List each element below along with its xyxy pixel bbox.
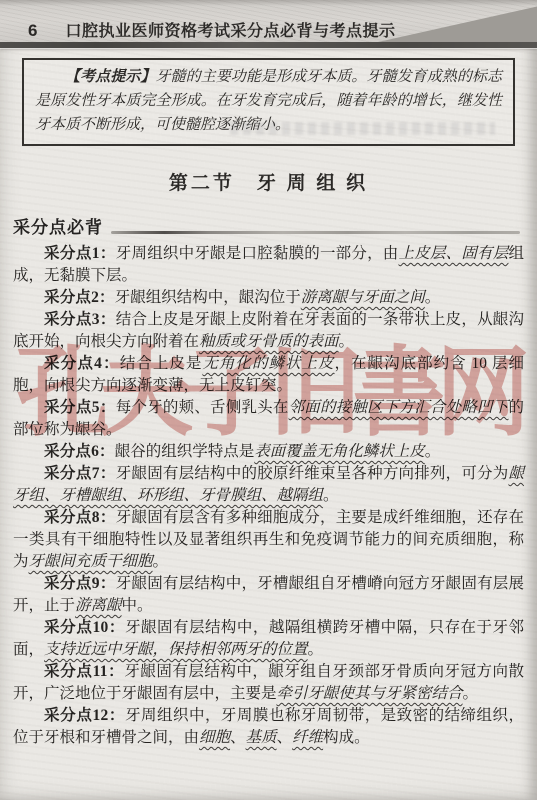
key-phrase: 牙龈间充质干细胞 [29, 553, 153, 570]
running-head: 6 口腔执业医师资格考试采分点必背与考点提示 [0, 18, 420, 41]
subheading-label: 采分点必背 [13, 213, 103, 238]
key-phrase: 邻面的接触区下方汇合处略凹下 [289, 399, 509, 416]
print-bleedthrough [230, 122, 495, 135]
key-phrase: 游离龈 [75, 597, 122, 614]
point-paragraph: 采分点1：牙周组织中牙龈是口腔黏膜的一部分，由上皮层、固有层组成，无黏膜下层。 [13, 243, 524, 287]
point-label: 采分点12： [44, 707, 125, 724]
exam-tip-box: 【考点提示】牙髓的主要功能是形成牙本质。牙髓发育成熟的标志是原发性牙本质完全形成… [22, 58, 515, 146]
point-text: 构成。 [323, 729, 370, 746]
point-text: 。 [463, 685, 479, 702]
point-text: 、 [230, 729, 246, 746]
tip-label: 【考点提示】 [65, 69, 155, 85]
point-paragraph: 采分点2：牙龈组织结构中，龈沟位于游离龈与牙面之间。 [13, 287, 524, 309]
page-header: 6 口腔执业医师资格考试采分点必背与考点提示 [0, 0, 537, 48]
point-label: 采分点8： [44, 509, 116, 526]
point-label: 采分点9： [44, 575, 116, 592]
point-text: 牙周组织中牙龈是口腔黏膜的一部分，由 [116, 245, 399, 262]
point-label: 采分点11： [44, 663, 124, 680]
point-text: 中。 [122, 597, 153, 614]
point-paragraph: 采分点12：牙周组织中，牙周膜也称牙周韧带，是致密的结缔组织，位于牙根和牙槽骨之… [13, 705, 524, 749]
key-phrase: 基质 [246, 729, 277, 746]
point-paragraph: 采分点11：牙龈固有层结构中，龈牙组自牙颈部牙骨质向牙冠方向散开，广泛地位于牙龈… [13, 661, 524, 705]
point-text: 。 [339, 333, 355, 350]
point-label: 采分点1： [44, 245, 116, 262]
key-phrase: 支持近远中牙龈，保持相邻两牙的位置 [44, 641, 308, 658]
point-label: 采分点7： [44, 465, 116, 482]
key-phrase: 上皮层、固有层 [399, 245, 509, 262]
point-text: 。 [425, 443, 441, 460]
point-label: 采分点3： [44, 311, 116, 328]
key-phrase: 纤维 [292, 729, 323, 746]
point-text: 。 [323, 487, 339, 504]
subheading-rule [111, 231, 520, 234]
point-label: 采分点4： [44, 355, 120, 372]
point-text: 。 [153, 553, 169, 570]
page-number: 6 [28, 21, 37, 41]
point-text: 每个牙的颊、舌侧乳头在 [116, 399, 289, 416]
point-paragraph: 采分点6：龈谷的组织学特点是表面覆盖无角化鳞状上皮。 [13, 441, 524, 463]
point-paragraph: 采分点10：牙龈固有层结构中，越隔组横跨牙槽中隔，只存在于牙邻面，支持近远中牙龈… [13, 617, 524, 661]
point-text: 牙龈固有层结构中的胶原纤维束呈各种方向排列，可分为 [116, 465, 509, 482]
key-phrase: 无角化的鳞状上皮 [202, 355, 334, 372]
scanned-book-page: 6 口腔执业医师资格考试采分点必背与考点提示 【考点提示】牙髓的主要功能是形成牙… [0, 0, 537, 800]
point-label: 采分点6： [44, 443, 115, 460]
key-phrase: 细胞 [199, 729, 230, 746]
point-label: 采分点5： [44, 399, 116, 416]
point-text: 。 [425, 289, 441, 306]
key-phrase: 釉质或牙骨质的表面 [199, 333, 339, 350]
point-paragraph: 采分点7：牙龈固有层结构中的胶原纤维束呈各种方向排列，可分为龈牙组、牙槽龈组、环… [13, 463, 524, 507]
point-label: 采分点2： [44, 289, 115, 306]
header-rule [0, 42, 537, 48]
key-phrase: 牵引牙龈使其与牙紧密结合 [277, 685, 463, 702]
point-text: 。 [308, 641, 324, 658]
subheading-row: 采分点必背 [13, 213, 522, 238]
book-title: 口腔执业医师资格考试采分点必背与考点提示 [65, 18, 395, 41]
point-text: 龈谷的组织学特点是 [115, 443, 255, 460]
point-paragraph: 采分点9：牙龈固有层结构中，牙槽龈组自牙槽嵴向冠方牙龈固有层展开，止于游离龈中。 [13, 573, 524, 617]
key-phrase: 游离龈与牙面之间 [301, 289, 425, 306]
key-phrase: 表面覆盖无角化鳞状上皮 [254, 443, 425, 460]
scoring-points-list: 采分点1：牙周组织中牙龈是口腔黏膜的一部分，由上皮层、固有层组成，无黏膜下层。采… [13, 243, 524, 749]
point-label: 采分点10： [44, 619, 125, 636]
point-paragraph: 采分点4：结合上皮是无角化的鳞状上皮，在龈沟底部约含 10 层细胞，向根尖方向逐… [13, 353, 524, 397]
point-paragraph: 采分点5：每个牙的颊、舌侧乳头在邻面的接触区下方汇合处略凹下的部位称为龈谷。 [13, 397, 524, 441]
point-paragraph: 采分点8：牙龈固有层含有多种细胞成分，主要是成纤维细胞，还存在一类具有干细胞特性… [13, 507, 524, 573]
section-title: 第二节 牙 周 组 织 [0, 168, 537, 195]
point-paragraph: 采分点3：结合上皮是牙龈上皮附着在牙表面的一条带状上皮，从龈沟底开始，向根尖方向… [13, 309, 524, 353]
point-text: 、 [277, 729, 293, 746]
point-text: 结合上皮是 [120, 355, 203, 372]
point-text: 牙龈组织结构中，龈沟位于 [115, 289, 301, 306]
